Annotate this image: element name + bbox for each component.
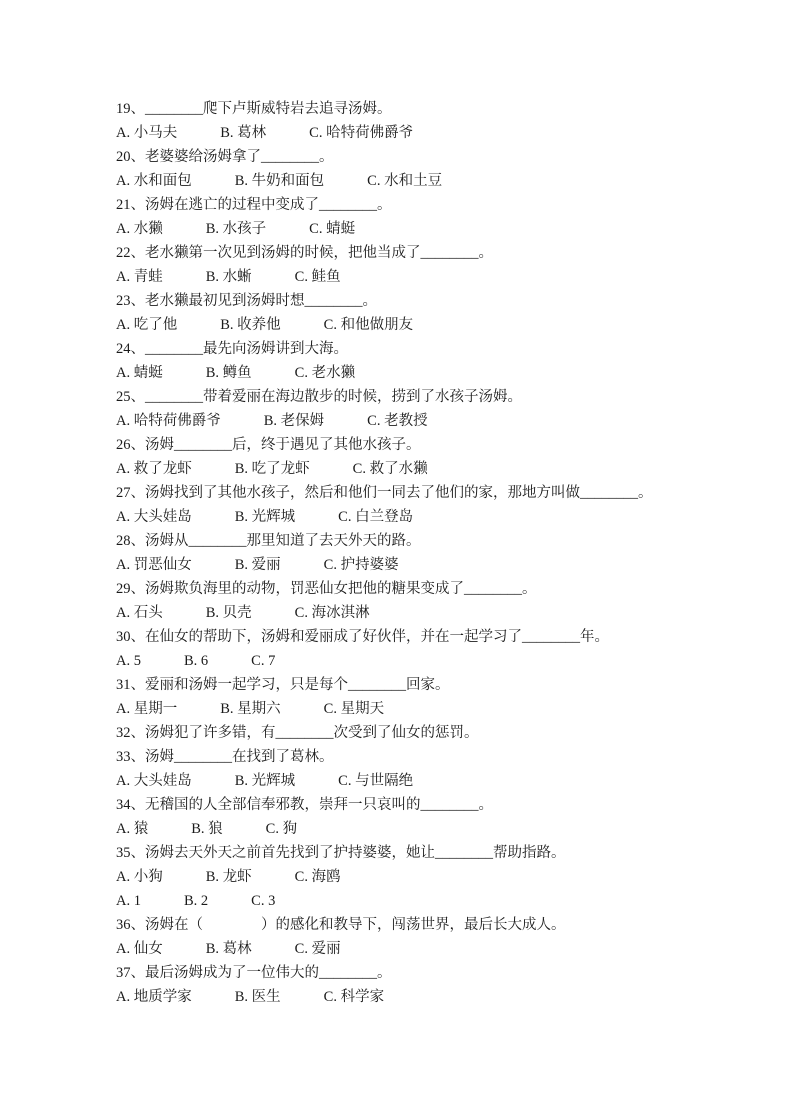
option-item: A. 小马夫 <box>116 121 177 145</box>
options-line: A. 吃了他B. 收养他C. 和他做朋友 <box>116 313 736 337</box>
option-item: C. 7 <box>251 649 275 673</box>
option-item: B. 葛林 <box>206 937 252 961</box>
option-item: B. 水蜥 <box>206 265 252 289</box>
option-item: C. 哈特荷佛爵爷 <box>309 121 413 145</box>
option-item: B. 贝壳 <box>206 601 252 625</box>
question-line: 26、汤姆________后，终于遇见了其他水孩子。 <box>116 433 736 457</box>
option-item: A. 罚恶仙女 <box>116 553 192 577</box>
option-item: A. 地质学家 <box>116 985 192 1009</box>
options-line: A. 水獭B. 水孩子C. 蜻蜓 <box>116 217 736 241</box>
option-item: C. 鲑鱼 <box>295 265 341 289</box>
option-item: B. 牛奶和面包 <box>235 169 324 193</box>
options-line: A. 大头娃岛B. 光辉城C. 与世隔绝 <box>116 769 736 793</box>
options-line: A. 大头娃岛B. 光辉城C. 白兰登岛 <box>116 505 736 529</box>
option-item: C. 白兰登岛 <box>338 505 413 529</box>
question-line: 19、________爬下卢斯威特岩去追寻汤姆。 <box>116 97 736 121</box>
option-item: C. 与世隔绝 <box>338 769 413 793</box>
option-item: C. 救了水獭 <box>353 457 428 481</box>
option-item: C. 护持婆婆 <box>324 553 399 577</box>
options-line: A. 猿B. 狼C. 狗 <box>116 817 736 841</box>
option-item: B. 6 <box>184 649 208 673</box>
option-item: A. 猿 <box>116 817 148 841</box>
option-item: B. 光辉城 <box>235 505 295 529</box>
option-item: C. 蜻蜓 <box>309 217 355 241</box>
option-item: A. 仙女 <box>116 937 163 961</box>
options-line: A. 小马夫B. 葛林C. 哈特荷佛爵爷 <box>116 121 736 145</box>
options-line: A. 哈特荷佛爵爷B. 老保姆C. 老教授 <box>116 409 736 433</box>
option-item: A. 水和面包 <box>116 169 192 193</box>
option-item: A. 水獭 <box>116 217 163 241</box>
option-item: A. 星期一 <box>116 697 177 721</box>
option-item: A. 5 <box>116 649 141 673</box>
options-line: A. 青蛙B. 水蜥C. 鲑鱼 <box>116 265 736 289</box>
quiz-body: 19、________爬下卢斯威特岩去追寻汤姆。A. 小马夫B. 葛林C. 哈特… <box>116 97 736 1009</box>
option-item: A. 小狗 <box>116 865 163 889</box>
option-item: C. 爱丽 <box>295 937 341 961</box>
option-item: B. 医生 <box>235 985 281 1009</box>
options-line: A. 小狗B. 龙虾C. 海鸥 <box>116 865 736 889</box>
option-item: C. 水和土豆 <box>367 169 442 193</box>
option-item: B. 星期六 <box>220 697 280 721</box>
option-item: C. 海冰淇淋 <box>295 601 370 625</box>
options-line: A. 石头B. 贝壳C. 海冰淇淋 <box>116 601 736 625</box>
question-line: 33、汤姆________在找到了葛林。 <box>116 745 736 769</box>
option-item: B. 吃了龙虾 <box>235 457 310 481</box>
question-line: 21、汤姆在逃亡的过程中变成了________。 <box>116 193 736 217</box>
option-item: A. 石头 <box>116 601 163 625</box>
option-item: B. 水孩子 <box>206 217 266 241</box>
option-item: C. 老水獭 <box>295 361 355 385</box>
question-line: 22、老水獭第一次见到汤姆的时候，把他当成了________。 <box>116 241 736 265</box>
option-item: A. 救了龙虾 <box>116 457 192 481</box>
question-line: 36、汤姆在（ ）的感化和教导下，闯荡世界，最后长大成人。 <box>116 913 736 937</box>
options-line: A. 5B. 6C. 7 <box>116 649 736 673</box>
question-line: 27、汤姆找到了其他水孩子，然后和他们一同去了他们的家，那地方叫做_______… <box>116 481 736 505</box>
question-line: 25、________带着爱丽在海边散步的时候，捞到了水孩子汤姆。 <box>116 385 736 409</box>
option-item: C. 老教授 <box>367 409 427 433</box>
options-line: A. 星期一B. 星期六C. 星期天 <box>116 697 736 721</box>
option-item: B. 光辉城 <box>235 769 295 793</box>
option-item: B. 老保姆 <box>264 409 324 433</box>
document-page: 19、________爬下卢斯威特岩去追寻汤姆。A. 小马夫B. 葛林C. 哈特… <box>0 0 792 1120</box>
option-item: B. 葛林 <box>220 121 266 145</box>
option-item: A. 大头娃岛 <box>116 769 192 793</box>
option-item: C. 3 <box>251 889 275 913</box>
question-line: 30、在仙女的帮助下，汤姆和爱丽成了好伙伴，并在一起学习了________年。 <box>116 625 736 649</box>
option-item: C. 海鸥 <box>295 865 341 889</box>
option-item: A. 蜻蜓 <box>116 361 163 385</box>
option-item: B. 2 <box>184 889 208 913</box>
question-line: 24、________最先向汤姆讲到大海。 <box>116 337 736 361</box>
option-item: A. 大头娃岛 <box>116 505 192 529</box>
option-item: C. 科学家 <box>324 985 384 1009</box>
options-line: A. 地质学家B. 医生C. 科学家 <box>116 985 736 1009</box>
option-item: B. 狼 <box>191 817 222 841</box>
options-line: A. 1B. 2C. 3 <box>116 889 736 913</box>
option-item: B. 爱丽 <box>235 553 281 577</box>
options-line: A. 水和面包B. 牛奶和面包C. 水和土豆 <box>116 169 736 193</box>
option-item: C. 狗 <box>266 817 297 841</box>
option-item: C. 和他做朋友 <box>324 313 413 337</box>
question-line: 37、最后汤姆成为了一位伟大的________。 <box>116 961 736 985</box>
option-item: A. 青蛙 <box>116 265 163 289</box>
question-line: 35、汤姆去天外天之前首先找到了护持婆婆，她让________帮助指路。 <box>116 841 736 865</box>
question-line: 20、老婆婆给汤姆拿了________。 <box>116 145 736 169</box>
option-item: C. 星期天 <box>324 697 384 721</box>
options-line: A. 救了龙虾B. 吃了龙虾C. 救了水獭 <box>116 457 736 481</box>
options-line: A. 蜻蜓B. 鳟鱼C. 老水獭 <box>116 361 736 385</box>
question-line: 32、汤姆犯了许多错，有________次受到了仙女的惩罚。 <box>116 721 736 745</box>
option-item: B. 收养他 <box>220 313 280 337</box>
option-item: B. 龙虾 <box>206 865 252 889</box>
question-line: 23、老水獭最初见到汤姆时想________。 <box>116 289 736 313</box>
question-line: 28、汤姆从________那里知道了去天外天的路。 <box>116 529 736 553</box>
option-item: A. 1 <box>116 889 141 913</box>
option-item: B. 鳟鱼 <box>206 361 252 385</box>
option-item: A. 吃了他 <box>116 313 177 337</box>
options-line: A. 罚恶仙女B. 爱丽C. 护持婆婆 <box>116 553 736 577</box>
question-line: 31、爱丽和汤姆一起学习，只是每个________回家。 <box>116 673 736 697</box>
question-line: 34、无稽国的人全部信奉邪教，崇拜一只哀叫的________。 <box>116 793 736 817</box>
option-item: A. 哈特荷佛爵爷 <box>116 409 221 433</box>
question-line: 29、汤姆欺负海里的动物，罚恶仙女把他的糖果变成了________。 <box>116 577 736 601</box>
options-line: A. 仙女B. 葛林C. 爱丽 <box>116 937 736 961</box>
